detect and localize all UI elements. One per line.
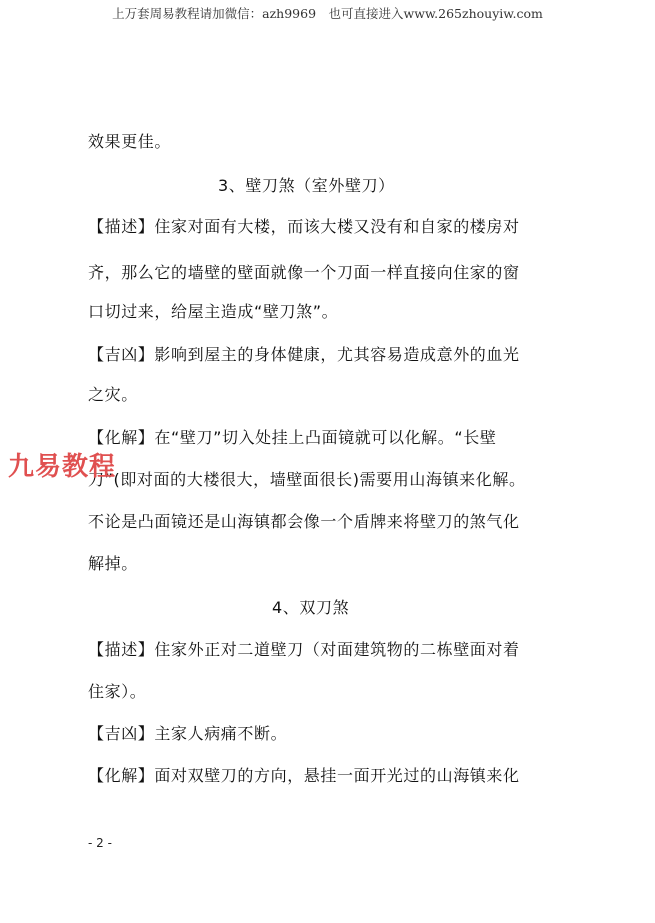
section-3-line: 刀”(即对面的大楼很大，墙壁面很长)需要用山海镇来化解。 [88, 470, 526, 490]
section-3-line: 【描述】住家对面有大楼，而该大楼又没有和自家的楼房对 [88, 217, 520, 237]
section-3-line: 【吉凶】影响到屋主的身体健康，尤其容易造成意外的血光 [88, 345, 520, 365]
section-4-title: 4、双刀煞 [272, 598, 349, 618]
section-4-line: 住家）。 [88, 682, 146, 702]
section-3-line: 之灾。 [88, 385, 138, 405]
page-header-banner: 上万套周易教程请加微信：azh9969 也可直接进入www.265zhouyiw… [0, 4, 655, 22]
section-4-line: 【描述】住家外正对二道壁刀（对面建筑物的二栋壁面对着 [88, 640, 520, 660]
intro-line: 效果更佳。 [88, 132, 171, 152]
section-3-line: 【化解】在“壁刀”切入处挂上凸面镜就可以化解。“长壁 [88, 428, 496, 448]
section-3-line: 不论是凸面镜还是山海镇都会像一个盾牌来将壁刀的煞气化 [88, 512, 520, 532]
section-3-title: 3、壁刀煞（室外壁刀） [218, 176, 395, 196]
section-4-line: 【吉凶】主家人病痛不断。 [88, 724, 287, 744]
page-number: - 2 - [88, 836, 112, 850]
section-4-line: 【化解】面对双壁刀的方向，悬挂一面开光过的山海镇来化 [88, 766, 520, 786]
section-3-line: 齐，那么它的墙壁的壁面就像一个刀面一样直接向住家的窗 [88, 263, 520, 283]
watermark-logo: 九易教程 [8, 446, 116, 483]
section-3-line: 口切过来，给屋主造成“壁刀煞”。 [88, 302, 338, 322]
section-3-line: 解掉。 [88, 554, 138, 574]
